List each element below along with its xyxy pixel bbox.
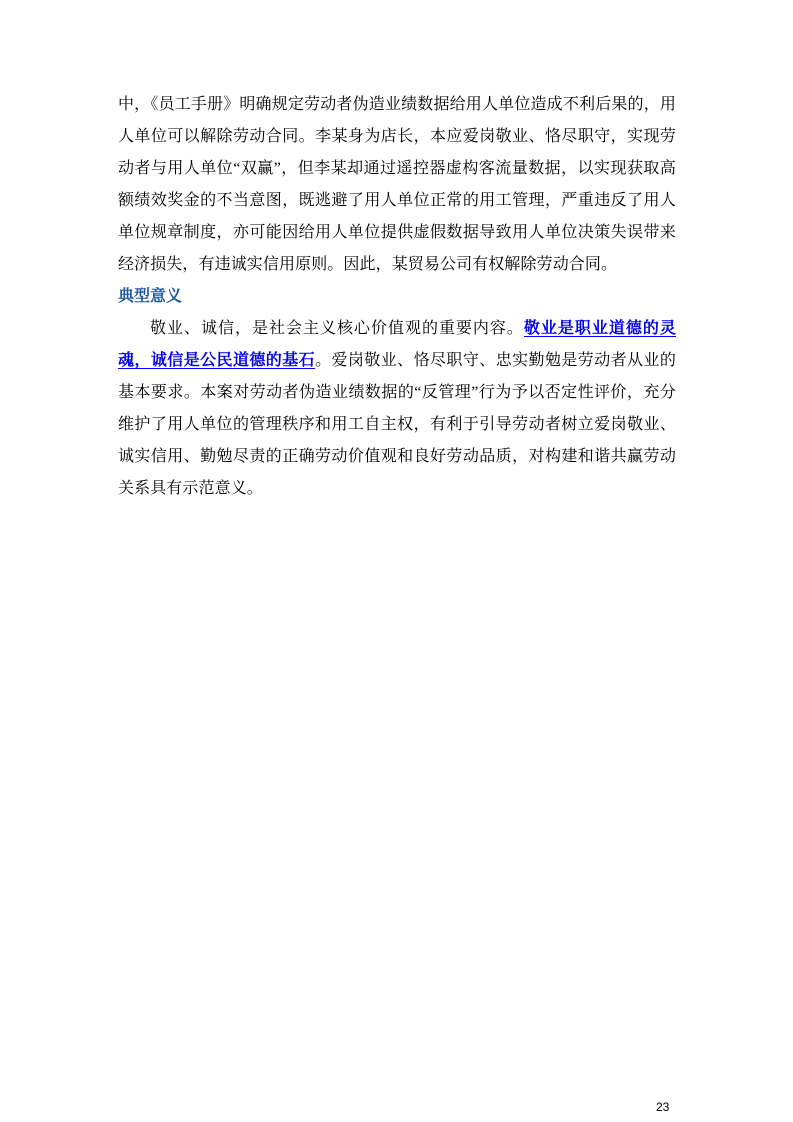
document-body: 中，《员工手册》明确规定劳动者伪造业绩数据给用人单位造成不利后果的，用人单位可以… bbox=[118, 89, 676, 505]
paragraph-lead-text: 敬业、诚信，是社会主义核心价值观的重要内容。 bbox=[150, 320, 524, 337]
document-page: 中，《员工手册》明确规定劳动者伪造业绩数据给用人单位造成不利后果的，用人单位可以… bbox=[0, 0, 793, 1122]
page-number: 23 bbox=[656, 1099, 669, 1115]
section-heading: 典型意义 bbox=[118, 281, 676, 313]
body-paragraph-significance: 敬业、诚信，是社会主义核心价值观的重要内容。敬业是职业道德的灵魂，诚信是公民道德… bbox=[118, 313, 676, 505]
body-paragraph-continuation: 中，《员工手册》明确规定劳动者伪造业绩数据给用人单位造成不利后果的，用人单位可以… bbox=[118, 89, 676, 281]
paragraph-tail-text: 。爱岗敬业、恪尽职守、忠实勤勉是劳动者从业的基本要求。本案对劳动者伪造业绩数据的… bbox=[118, 352, 676, 497]
